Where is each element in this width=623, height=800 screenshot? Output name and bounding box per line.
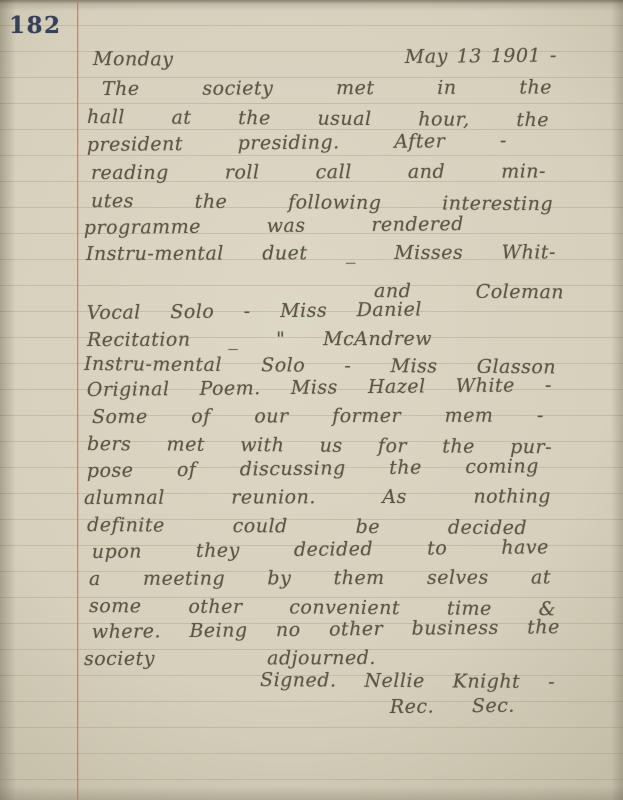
entry-line: pose of discussing the coming <box>87 453 539 484</box>
signature-title: Rec. Sec. <box>390 693 515 720</box>
margin-line <box>77 0 78 800</box>
entry-line: reading roll call and min- <box>91 158 546 186</box>
entry-line: where. Being no other business the <box>92 614 560 645</box>
entry-line: programme was rendered <box>84 211 464 241</box>
entry-line: Some of our former mem - <box>92 402 544 430</box>
entry-day: Monday <box>93 46 174 73</box>
entry-line: alumnal reunion. As nothing <box>84 483 551 511</box>
entry-line: president presiding. After - <box>87 128 507 158</box>
ledger-page: 182 Monday May 13 1901 - The society met… <box>0 0 623 800</box>
entry-line: Vocal Solo - Miss Daniel <box>87 296 422 326</box>
entry-line: Recitation _ " McAndrew <box>87 326 432 353</box>
page-number: 182 <box>9 12 62 39</box>
entry-line: a meeting by them selves at <box>89 564 551 592</box>
entry-line: Original Poem. Miss Hazel White - <box>87 372 552 403</box>
signature-line: Signed. Nellie Knight - <box>260 667 555 695</box>
entry-line: Instru-mental duet _ Misses Whit- <box>86 239 556 267</box>
entry-line: upon they decided to have <box>92 534 549 565</box>
entry-date: May 13 1901 - <box>405 42 557 70</box>
entry-line: The society met in the <box>102 74 552 102</box>
